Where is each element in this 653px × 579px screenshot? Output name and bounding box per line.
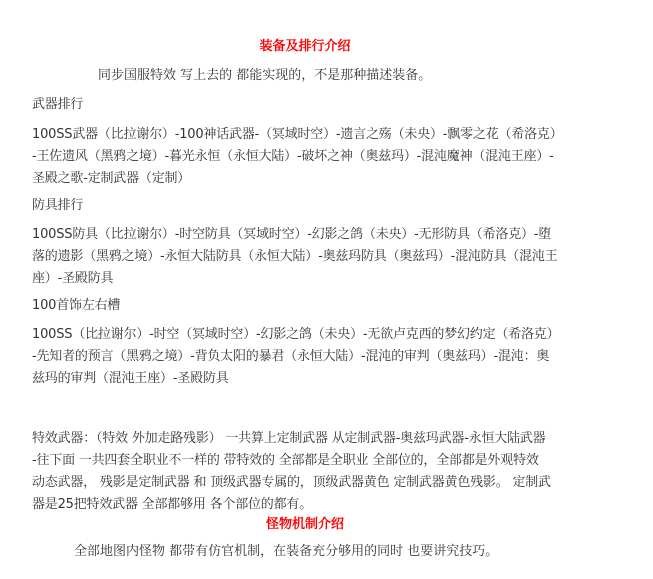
accessories-line-1: 100SS（比拉谢尔）-时空（冥域时空）-幻影之鸽（未央）-无欲卢克西的梦幻约定… (32, 324, 637, 346)
equipment-intro: 同步国服特效 写上去的 都能实现的，不是那种描述装备。 (98, 65, 431, 87)
armor-heading: 防具排行 (32, 195, 637, 217)
weapons-line-1: 100SS武器（比拉谢尔）-100神话武器-（冥域时空）-遗言之殇（未央）-飘零… (32, 124, 637, 146)
weapons-line-2: -王佐遗风（黑鸦之境）-暮光永恒（永恒大陆）-破坏之神（奥兹玛）-混沌魔神（混沌… (32, 146, 637, 168)
special-weapons-line-1: 特效武器：（特效 外加走路残影） 一共算上定制武器 从定制武器-奥兹玛武器-永恒… (32, 428, 637, 450)
armor-line-3: 座）-圣殿防具 (32, 268, 637, 290)
armor-line-2: 落的遗影（黑鸦之境）-永恒大陆防具（永恒大陆）-奥兹玛防具（奥兹玛）-混沌防具（… (32, 246, 637, 268)
weapons-heading: 武器排行 (32, 94, 637, 116)
special-weapons-line-4: 器是25把特效武器 全部都够用 各个部位的都有。 (32, 494, 637, 516)
weapons-line-3: 圣殿之歌-定制武器（定制） (32, 168, 637, 190)
article-page: 装备及排行介绍 同步国服特效 写上去的 都能实现的，不是那种描述装备。 武器排行… (0, 0, 653, 579)
accessories-heading: 100首饰左右槽 (32, 295, 637, 317)
special-weapons-line-3: 动态武器， 残影是定制武器 和 顶级武器专属的，顶级武器黄色 定制武器黄色残影。… (32, 472, 637, 494)
armor-line-1: 100SS防具（比拉谢尔）-时空防具（冥域时空）-幻影之鸽（未央）-无形防具（希… (32, 224, 637, 246)
accessories-line-2: -先知者的预言（黑鸦之境）-背负太阳的暴君（永恒大陆）-混沌的审判（奥兹玛）-混… (32, 346, 637, 368)
section-title-equipment: 装备及排行介绍 (0, 38, 610, 56)
section-title-monsters: 怪物机制介绍 (0, 516, 610, 534)
monsters-intro: 全部地图内怪物 都带有仿官机制，在装备充分够用的同时 也要讲究技巧。 (74, 541, 498, 563)
special-weapons-line-2: -往下面 一共四套全职业不一样的 带特效的 全部都是全职业 全部位的，全部都是外… (32, 450, 637, 472)
accessories-line-3: 兹玛的审判（混沌王座）-圣殿防具 (32, 368, 637, 390)
